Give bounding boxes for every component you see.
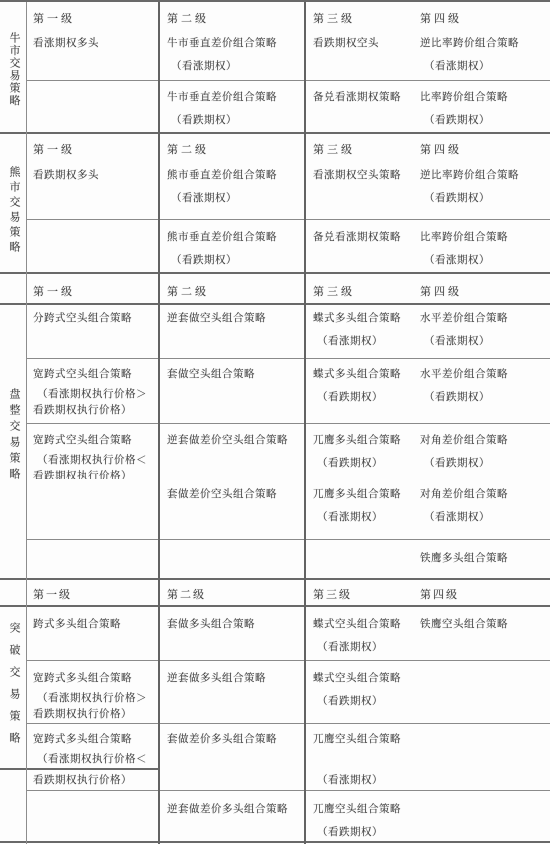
strategy-text: 看跌期权空头 <box>313 36 412 51</box>
table-cell: 蝶式空头组合策略（看跌期权） <box>306 671 412 723</box>
strategy-text: 备兑看涨期权策略 <box>313 90 412 105</box>
table-cell: 逆套做差价空头组合策略 <box>160 433 306 479</box>
table-cell <box>160 551 306 578</box>
strategy-text: 对角差价组合策略 <box>420 433 550 448</box>
strategy-text: 宽跨式多头组合策略 <box>33 671 160 686</box>
table-cell: 逆套做多头组合策略 <box>160 671 306 723</box>
strategy-text: 牛市垂直差价组合策略 <box>167 90 306 105</box>
table-cell <box>27 551 160 578</box>
table-cell: （看涨期权） <box>306 773 412 790</box>
strategy-text: 铁鹰空头组合策略 <box>420 617 550 632</box>
strategy-text: 逆套做差价空头组合策略 <box>167 433 306 448</box>
strategy-text: 熊市垂直差价组合策略 <box>167 168 306 183</box>
strategy-text: 跨式多头组合策略 <box>33 617 160 632</box>
section-consolidation: 第一级 第二级 第三级 第四级 分跨式空头组合策略 逆套做空头组合策略 蝶式多头… <box>0 272 550 578</box>
strategy-note: （看跌期权） <box>167 253 306 268</box>
table-cell: 看跌期权多头 <box>27 168 160 219</box>
strategy-text: 蝶式多头组合策略 <box>313 311 412 326</box>
strategy-text: 兀鹰空头组合策略 <box>313 802 412 817</box>
label-cell <box>0 770 27 841</box>
table-cell: 看涨期权空头策略 <box>306 168 412 219</box>
strategy-text: 看跌期权多头 <box>33 168 160 183</box>
options-strategy-table: 牛市交易策略 熊市交易策略 盘整交易策略 突破交易策略 第一级 第二级 第三级 … <box>0 0 550 844</box>
strategy-note: （看跌期权） <box>167 113 306 128</box>
table-row: 铁鹰多头组合策略 <box>27 539 550 578</box>
table-row: 牛市垂直差价组合策略（看跌期权） 备兑看涨期权策略 比率跨价组合策略（看跌期权） <box>27 80 550 132</box>
table-cell: 套做差价空头组合策略 <box>160 487 306 539</box>
strategy-note: （看涨期权） <box>420 334 550 349</box>
strategy-text: 备兑看涨期权策略 <box>313 230 412 245</box>
column-header: 第三级 <box>306 283 412 303</box>
section-label-bear: 熊市交易策略 <box>6 166 22 256</box>
column-header-row: 第一级 第二级 第三级 第四级 <box>27 274 550 303</box>
table-cell: 兀鹰空头组合策略（看跌期权） <box>306 802 412 841</box>
table-cell <box>27 802 160 841</box>
strategy-text: 逆比率跨价组合策略 <box>420 168 550 183</box>
table-cell: 比率跨价组合策略（看涨期权） <box>412 230 550 272</box>
strategy-text: 比率跨价组合策略 <box>420 90 550 105</box>
strategy-text: 逆套做多头组合策略 <box>167 671 306 686</box>
strategy-text: 看涨期权空头策略 <box>313 168 412 183</box>
table-cell <box>27 230 160 272</box>
table-cell: 兀鹰多头组合策略（看跌期权） <box>306 433 412 479</box>
strategy-text: 蝶式多头组合策略 <box>313 367 412 382</box>
column-header: 第二级 <box>160 586 306 605</box>
strategy-note: 看跌期权执行价格） <box>33 469 160 479</box>
strategy-note: （看涨期权） <box>313 334 412 349</box>
strategy-note: （看跌期权） <box>313 825 412 840</box>
strategy-note: （看涨期权） <box>167 59 306 74</box>
section-label-bull: 牛市交易策略 <box>6 32 22 107</box>
table-cell <box>27 90 160 132</box>
strategy-text: 比率跨价组合策略 <box>420 230 550 245</box>
strategy-text: 对角差价组合策略 <box>420 487 550 502</box>
strategy-text: 套做空头组合策略 <box>167 367 306 382</box>
table-cell: 水平差价组合策略（看跌期权） <box>412 367 550 423</box>
strategy-text: 兀鹰空头组合策略 <box>313 732 412 747</box>
table-cell: 宽跨式多头组合策略（看涨期权执行价格＜ <box>27 732 160 768</box>
strategy-text: 熊市垂直差价组合策略 <box>167 230 306 245</box>
table-row: 看跌期权多头 熊市垂直差价组合策略（看涨期权） 看涨期权空头策略 逆比率跨价组合… <box>27 164 550 219</box>
strategy-note: （看跌期权） <box>420 113 550 128</box>
column-header: 第二级 <box>160 283 306 303</box>
col2-col3-rule <box>304 2 306 844</box>
strategy-text: 逆套做差价多头组合策略 <box>167 802 306 817</box>
strategy-note: （看涨期权执行价格＜ <box>33 453 160 468</box>
column-header: 第二级 <box>160 141 306 164</box>
table-cell <box>27 487 160 539</box>
section-body: 跨式多头组合策略 套做多头组合策略 蝶式空头组合策略（看涨期权） 铁鹰空头组合策… <box>0 605 550 768</box>
table-row: 跨式多头组合策略 套做多头组合策略 蝶式空头组合策略（看涨期权） 铁鹰空头组合策… <box>27 607 550 660</box>
strategy-text: 兀鹰多头组合策略 <box>313 487 412 502</box>
table-row: 熊市垂直差价组合策略（看跌期权） 备兑看涨期权策略 比率跨价组合策略（看涨期权） <box>27 219 550 272</box>
column-header: 第三级 <box>306 141 412 164</box>
section-label-consolidation: 盘整交易策略 <box>6 388 22 484</box>
strategy-text: 兀鹰多头组合策略 <box>313 433 412 448</box>
strategy-note: （看跌期权） <box>313 694 412 709</box>
table-cell: 宽跨式空头组合策略（看涨期权执行价格＞看跌期权执行价格） <box>27 367 160 423</box>
col1-col2-rule <box>158 2 160 844</box>
table-cell: 宽跨式空头组合策略（看涨期权执行价格＜看跌期权执行价格） <box>27 433 160 479</box>
strategy-note: （看涨期权） <box>420 510 550 525</box>
table-cell <box>306 551 412 578</box>
table-cell: 比率跨价组合策略（看跌期权） <box>412 90 550 132</box>
table-cell: 逆套做差价多头组合策略 <box>160 802 306 841</box>
column-header: 第四级 <box>412 141 550 164</box>
table-row: 套做差价空头组合策略 兀鹰多头组合策略（看涨期权） 对角差价组合策略（看涨期权） <box>27 479 550 539</box>
strategy-note: （看涨期权执行价格＞ <box>33 387 160 402</box>
table-cell: 熊市垂直差价组合策略（看涨期权） <box>160 168 306 219</box>
column-header: 第三级 <box>306 10 412 30</box>
table-cell: 牛市垂直差价组合策略（看涨期权） <box>160 36 306 80</box>
column-header-row: 第一级 第二级 第三级 第四级 <box>27 580 550 605</box>
table-row: 看涨期权多头 牛市垂直差价组合策略（看涨期权） 看跌期权空头 逆比率跨价组合策略… <box>27 30 550 80</box>
section-body: 看跌期权执行价格） （看涨期权） 逆套做差价多头组合策略 兀鹰空头组合策略（看跌… <box>0 770 550 843</box>
column-header-row: 第一级 第二级 第三级 第四级 <box>27 2 550 30</box>
table-cell: 逆比率跨价组合策略（看跌期权） <box>412 168 550 219</box>
table-cell: 铁鹰多头组合策略 <box>412 551 550 578</box>
column-header: 第一级 <box>27 141 160 164</box>
strategy-text: 水平差价组合策略 <box>420 311 550 326</box>
strategy-text: 看涨期权多头 <box>33 36 160 51</box>
table-row: 宽跨式空头组合策略（看涨期权执行价格＜看跌期权执行价格） 逆套做差价空头组合策略… <box>27 423 550 479</box>
strategy-note: （看涨期权） <box>313 773 412 788</box>
strategy-text: 蝶式空头组合策略 <box>313 617 412 632</box>
table-cell: 逆套做空头组合策略 <box>160 311 306 358</box>
table-cell: 套做多头组合策略 <box>160 617 306 660</box>
table-cell: 熊市垂直差价组合策略（看跌期权） <box>160 230 306 272</box>
column-header: 第一级 <box>27 586 160 605</box>
strategy-note: （看跌期权） <box>313 390 412 405</box>
table-cell: 看涨期权多头 <box>27 36 160 80</box>
table-cell: 看跌期权空头 <box>306 36 412 80</box>
table-cell: 水平差价组合策略（看涨期权） <box>412 311 550 358</box>
column-header: 第四级 <box>412 586 550 605</box>
table-cell: 套做差价多头组合策略 <box>160 732 306 768</box>
table-row: 分跨式空头组合策略 逆套做空头组合策略 蝶式多头组合策略（看涨期权） 水平差价组… <box>27 305 550 358</box>
table-cell: 逆比率跨价组合策略（看涨期权） <box>412 36 550 80</box>
strategy-text: 逆比率跨价组合策略 <box>420 36 550 51</box>
table-cell: 跨式多头组合策略 <box>27 617 160 660</box>
strategy-note: （看跌期权） <box>420 390 550 405</box>
strategy-text: 分跨式空头组合策略 <box>33 311 160 326</box>
label-column-rule <box>26 2 27 844</box>
strategy-note: （看涨期权执行价格＞ <box>33 691 160 706</box>
section-body: 分跨式空头组合策略 逆套做空头组合策略 蝶式多头组合策略（看涨期权） 水平差价组… <box>0 303 550 578</box>
strategy-note: （看跌期权） <box>313 456 412 471</box>
strategy-text: 套做差价多头组合策略 <box>167 732 306 747</box>
table-cell: 蝶式空头组合策略（看涨期权） <box>306 617 412 660</box>
strategy-note: （看涨期权） <box>420 59 550 74</box>
strategy-note: 看跌期权执行价格） <box>33 773 160 788</box>
table-cell <box>412 671 550 723</box>
table-row: 宽跨式多头组合策略（看涨期权执行价格＞看跌期权执行价格） 逆套做多头组合策略 蝶… <box>27 660 550 723</box>
table-cell: 备兑看涨期权策略 <box>306 230 412 272</box>
strategy-note: （看涨期权） <box>167 191 306 206</box>
table-cell: 备兑看涨期权策略 <box>306 90 412 132</box>
strategy-text: 宽跨式空头组合策略 <box>33 367 160 382</box>
table-cell: 对角差价组合策略（看涨期权） <box>412 487 550 539</box>
table-cell <box>412 773 550 790</box>
table-cell: 兀鹰空头组合策略 <box>306 732 412 768</box>
section-bear: 第一级 第二级 第三级 第四级 看跌期权多头 熊市垂直差价组合策略（看涨期权） … <box>0 132 550 272</box>
table-cell: 蝶式多头组合策略（看涨期权） <box>306 311 412 358</box>
strategy-text: 逆套做空头组合策略 <box>167 311 306 326</box>
table-cell: 分跨式空头组合策略 <box>27 311 160 358</box>
table-row: 宽跨式多头组合策略（看涨期权执行价格＜ 套做差价多头组合策略 兀鹰空头组合策略 <box>27 723 550 768</box>
strategy-text: 套做差价空头组合策略 <box>167 487 306 502</box>
column-header: 第三级 <box>306 586 412 605</box>
strategy-note: 看跌期权执行价格） <box>33 707 160 722</box>
table-row: 看跌期权执行价格） （看涨期权） <box>27 770 550 790</box>
column-header: 第一级 <box>27 10 160 30</box>
column-header: 第四级 <box>412 283 550 303</box>
strategy-text: 牛市垂直差价组合策略 <box>167 36 306 51</box>
strategy-note: （看涨期权执行价格＜ <box>33 752 160 767</box>
strategy-note: （看跌期权） <box>420 191 550 206</box>
column-header: 第四级 <box>412 10 550 30</box>
strategy-text: 蝶式空头组合策略 <box>313 671 412 686</box>
table-cell <box>412 732 550 768</box>
strategy-text: 铁鹰多头组合策略 <box>420 551 550 566</box>
table-cell: 牛市垂直差价组合策略（看跌期权） <box>160 90 306 132</box>
column-header: 第二级 <box>160 10 306 30</box>
strategy-text: 套做多头组合策略 <box>167 617 306 632</box>
table-cell: 对角差价组合策略（看跌期权） <box>412 433 550 479</box>
table-cell: 宽跨式多头组合策略（看涨期权执行价格＞看跌期权执行价格） <box>27 671 160 723</box>
strategy-text: 宽跨式多头组合策略 <box>33 732 160 747</box>
table-cell: 蝶式多头组合策略（看跌期权） <box>306 367 412 423</box>
table-row: 宽跨式空头组合策略（看涨期权执行价格＞看跌期权执行价格） 套做空头组合策略 蝶式… <box>27 358 550 423</box>
strategy-text: 水平差价组合策略 <box>420 367 550 382</box>
column-header-row: 第一级 第二级 第三级 第四级 <box>27 134 550 164</box>
column-header: 第一级 <box>27 283 160 303</box>
strategy-text: 宽跨式空头组合策略 <box>33 433 160 448</box>
table-cell: 兀鹰多头组合策略（看涨期权） <box>306 487 412 539</box>
table-cell: 铁鹰空头组合策略 <box>412 617 550 660</box>
table-row: 逆套做差价多头组合策略 兀鹰空头组合策略（看跌期权） <box>27 790 550 841</box>
table-cell <box>412 802 550 841</box>
strategy-note: （看涨期权） <box>313 510 412 525</box>
strategy-note: 看跌期权执行价格） <box>33 403 160 418</box>
section-bull: 第一级 第二级 第三级 第四级 看涨期权多头 牛市垂直差价组合策略（看涨期权） … <box>0 2 550 132</box>
table-cell: 看跌期权执行价格） <box>27 773 160 790</box>
strategy-note: （看跌期权） <box>420 456 550 471</box>
table-cell: 套做空头组合策略 <box>160 367 306 423</box>
table-cell <box>160 773 306 790</box>
strategy-note: （看涨期权） <box>420 253 550 268</box>
strategy-note: （看涨期权） <box>313 640 412 655</box>
section-label-breakout: 突破交易策略 <box>6 622 22 754</box>
section-breakout: 第一级 第二级 第三级 第四级 跨式多头组合策略 套做多头组合策略 蝶式空头组合… <box>0 578 550 844</box>
